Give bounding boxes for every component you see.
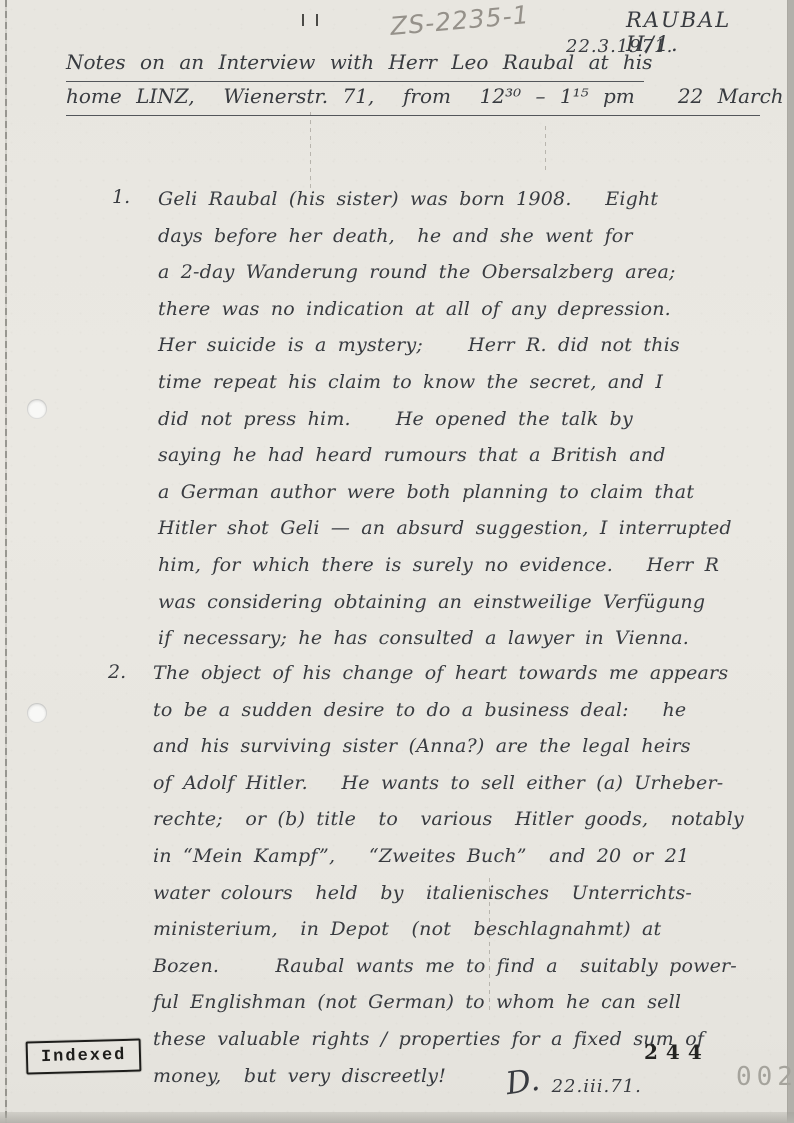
paragraph-lines: The object of his change of heart toward… <box>153 655 783 1094</box>
paper-crease <box>310 112 311 190</box>
pencil-tick-mark <box>302 14 304 26</box>
handwritten-line: a German author were both planning to cl… <box>158 474 783 511</box>
handwritten-line: ministerium, in Depot (not beschlagnahmt… <box>153 911 783 948</box>
handwritten-line: saying he had heard rumours that a Briti… <box>158 437 783 474</box>
paper-crease <box>545 126 546 172</box>
handwritten-line: Geli Raubal (his sister) was born 1908. … <box>158 181 783 218</box>
handwritten-line: Hitler shot Geli — an absurd suggestion,… <box>158 510 783 547</box>
hole-punch-top <box>27 399 47 419</box>
handwritten-line: there was no indication at all of any de… <box>158 291 783 328</box>
handwritten-line: Her suicide is a mystery; Herr R. did no… <box>158 327 783 364</box>
signature-initial: D. <box>504 1062 542 1102</box>
scanned-document-page: ZS-2235-1 RAUBAL II/1. 22.3.1971. Notes … <box>0 0 794 1123</box>
handwritten-line: days before her death, he and she went f… <box>158 218 783 255</box>
archive-reference-pencil: ZS-2235-1 <box>389 0 531 41</box>
hole-punch-bottom <box>27 703 47 723</box>
handwritten-line: and his surviving sister (Anna?) are the… <box>153 728 783 765</box>
handwritten-line: rechte; or (b) title to various Hitler g… <box>153 801 783 838</box>
handwritten-line: was considering obtaining an einstweilig… <box>158 584 783 621</box>
handwritten-line: Bozen. Raubal wants me to find a suitabl… <box>153 948 783 985</box>
handwritten-line: a 2-day Wanderung round the Obersalzberg… <box>158 254 783 291</box>
handwritten-line: if necessary; he has consulted a lawyer … <box>158 620 783 657</box>
scan-edge-bottom <box>0 1112 794 1123</box>
handwritten-line: ful Englishman (not German) to whom he c… <box>153 984 783 1021</box>
paragraph-lines: Geli Raubal (his sister) was born 1908. … <box>158 181 783 657</box>
handwritten-line: did not press him. He opened the talk by <box>158 401 783 438</box>
signature-date: 22.iii.71. <box>552 1076 642 1097</box>
indexed-stamp: Indexed <box>26 1038 142 1074</box>
handwritten-line: The object of his change of heart toward… <box>153 655 783 692</box>
handwritten-line: to be a sudden desire to do a business d… <box>153 692 783 729</box>
folio-number-stamp: 002 <box>736 1062 794 1092</box>
signature: D.22.iii.71. <box>506 1064 642 1100</box>
document-title-line-1: Notes on an Interview with Herr Leo Raub… <box>66 50 644 82</box>
handwritten-line: of Adolf Hitler. He wants to sell either… <box>153 765 783 802</box>
handwritten-line: in “Mein Kampf”, “Zweites Buch” and 20 o… <box>153 838 783 875</box>
paragraph-number: 2. <box>108 661 126 683</box>
handwritten-line: water colours held by italienisches Unte… <box>153 875 783 912</box>
pencil-tick-mark <box>316 14 318 26</box>
scan-edge-right <box>788 0 794 1123</box>
document-title-line-2: home LINZ, Wienerstr. 71, from 12³⁰ – 1¹… <box>66 84 760 116</box>
paragraph-number: 1. <box>112 186 130 208</box>
handwritten-line: him, for which there is surely no eviden… <box>158 547 783 584</box>
scan-edge-left <box>5 0 7 1123</box>
handwritten-line: time repeat his claim to know the secret… <box>158 364 783 401</box>
page-number-stamp: 244 <box>644 1040 710 1064</box>
